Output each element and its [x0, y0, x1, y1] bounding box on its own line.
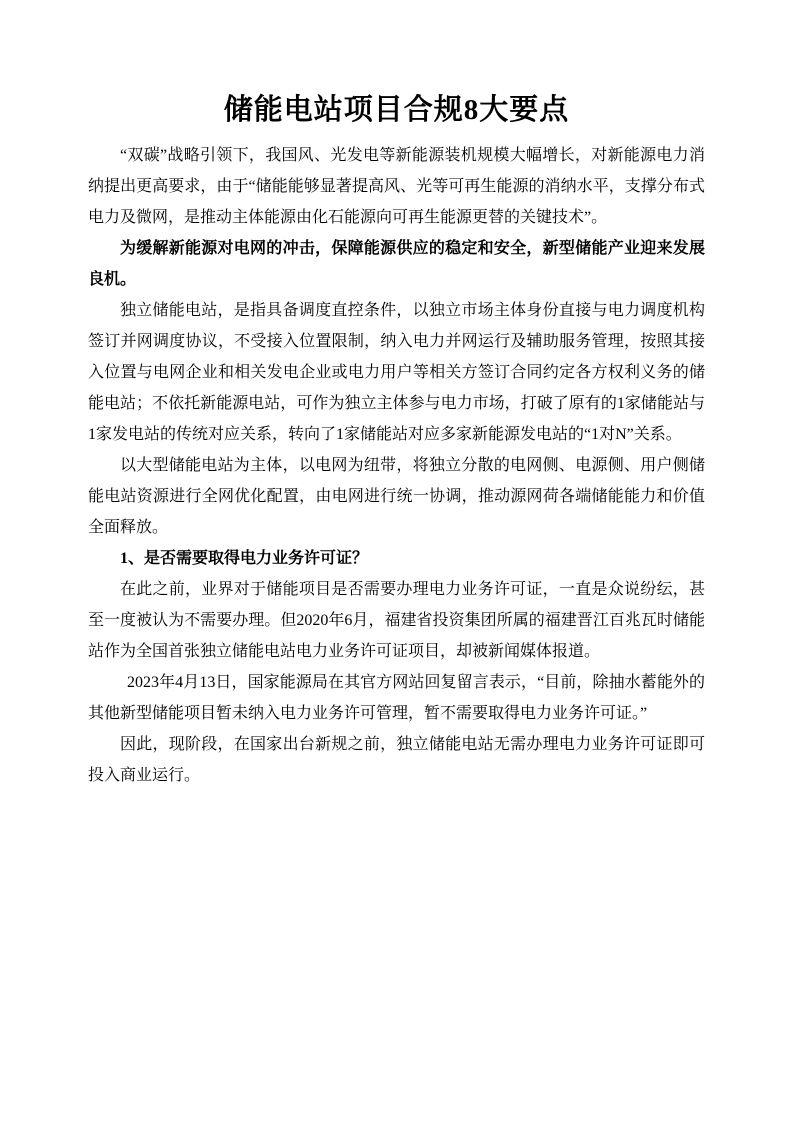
document-page: 储能电站项目合规8大要点 “双碳”战略引领下，我国风、光发电等新能源装机规模大幅…: [0, 0, 793, 1122]
paragraph-nea-reply: 2023年4月13日，国家能源局在其官方网站回复留言表示，“目前，除抽水蓄能外的…: [88, 667, 705, 729]
paragraph-independent-storage-definition: 独立储能电站，是指具备调度直控条件，以独立市场主体身份直接与电力调度机构签订并网…: [88, 295, 705, 450]
paragraph-storage-opportunity-emphasis: 为缓解新能源对电网的冲击，保障能源供应的稳定和安全，新型储能产业迎来发展良机。: [88, 233, 705, 295]
paragraph-license-debate: 在此之前，业界对于储能项目是否需要办理电力业务许可证，一直是众说纷纭，甚至一度被…: [88, 574, 705, 667]
document-title: 储能电站项目合规8大要点: [88, 90, 705, 130]
section-heading-1-power-license: 1、是否需要取得电力业务许可证？: [88, 543, 705, 574]
paragraph-conclusion: 因此，现阶段，在国家出台新规之前，独立储能电站无需办理电力业务许可证即可投入商业…: [88, 729, 705, 791]
paragraph-grid-coordination: 以大型储能电站为主体，以电网为纽带，将独立分散的电网侧、电源侧、用户侧储能电站资…: [88, 450, 705, 543]
paragraph-dual-carbon-intro: “双碳”战略引领下，我国风、光发电等新能源装机规模大幅增长，对新能源电力消纳提出…: [88, 140, 705, 233]
